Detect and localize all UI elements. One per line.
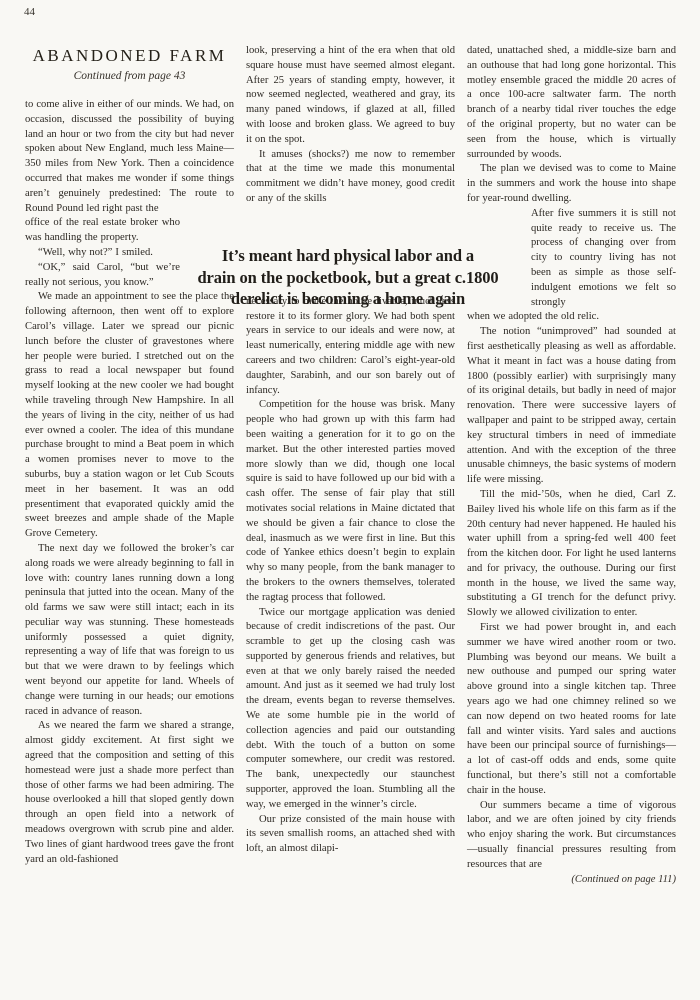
paragraph: Till the mid-’50s, when he died, Carl Z.… xyxy=(467,488,676,621)
paragraph: dated, unattached shed, a middle-size ba… xyxy=(467,44,676,162)
paragraph: Our summers became a time of vigorous la… xyxy=(467,799,676,873)
paragraph: Our prize consisted of the main house wi… xyxy=(246,813,455,857)
paragraph: when we adopted the old relic. xyxy=(467,310,676,325)
column-3: dated, unattached shed, a middle-size ba… xyxy=(467,44,676,887)
column-3-body: dated, unattached shed, a middle-size ba… xyxy=(467,44,676,873)
paragraph: look, preserving a hint of the era when … xyxy=(246,44,455,148)
continued-from-note: Continued from page 43 xyxy=(25,70,234,82)
paragraph: office of the real estate broker who was… xyxy=(25,216,180,246)
column-2: look, preserving a hint of the era when … xyxy=(246,44,455,857)
paragraph: necessary to make the house livable, muc… xyxy=(246,295,455,399)
article-title: ABANDONED FARM xyxy=(25,46,234,66)
paragraph: After five summers it is still not quite… xyxy=(531,207,676,311)
paragraph: We made an appointment to see the place … xyxy=(25,290,234,542)
column-1: ABANDONED FARM Continued from page 43 to… xyxy=(25,44,234,867)
paragraph: Competition for the house was brisk. Man… xyxy=(246,398,455,605)
paragraph: Twice our mortgage application was denie… xyxy=(246,606,455,813)
pull-quote-line: It’s meant hard physical labor and a xyxy=(172,245,524,267)
paragraph: The plan we devised was to come to Maine… xyxy=(467,162,676,206)
pull-quote: It’s meant hard physical labor and a dra… xyxy=(172,245,524,310)
column-1-body: to come alive in either of our minds. We… xyxy=(25,98,234,867)
pull-quote-line: drain on the pocketbook, but a great c.1… xyxy=(172,267,524,289)
continued-on-note: (Continued on page 111) xyxy=(467,873,676,888)
pull-quote-line: derelict is becoming a home again xyxy=(172,288,524,310)
paragraph: As we neared the farm we shared a strang… xyxy=(25,719,234,867)
article-header: ABANDONED FARM Continued from page 43 xyxy=(25,46,234,82)
paragraph: It amuses (shocks?) me now to remember t… xyxy=(246,148,455,207)
paragraph: The next day we followed the broker’s ca… xyxy=(25,542,234,720)
magazine-page: 44 ABANDONED FARM Continued from page 43… xyxy=(0,0,700,1000)
paragraph: First we had power brought in, and each … xyxy=(467,621,676,799)
page-number: 44 xyxy=(24,6,35,18)
paragraph: “OK,” said Carol, “but we’re really not … xyxy=(25,261,180,291)
column-2-body: look, preserving a hint of the era when … xyxy=(246,44,455,857)
paragraph: to come alive in either of our minds. We… xyxy=(25,98,234,216)
paragraph: “Well, why not?” I smiled. xyxy=(25,246,180,261)
paragraph: The notion “unimproved” had sounded at f… xyxy=(467,325,676,488)
